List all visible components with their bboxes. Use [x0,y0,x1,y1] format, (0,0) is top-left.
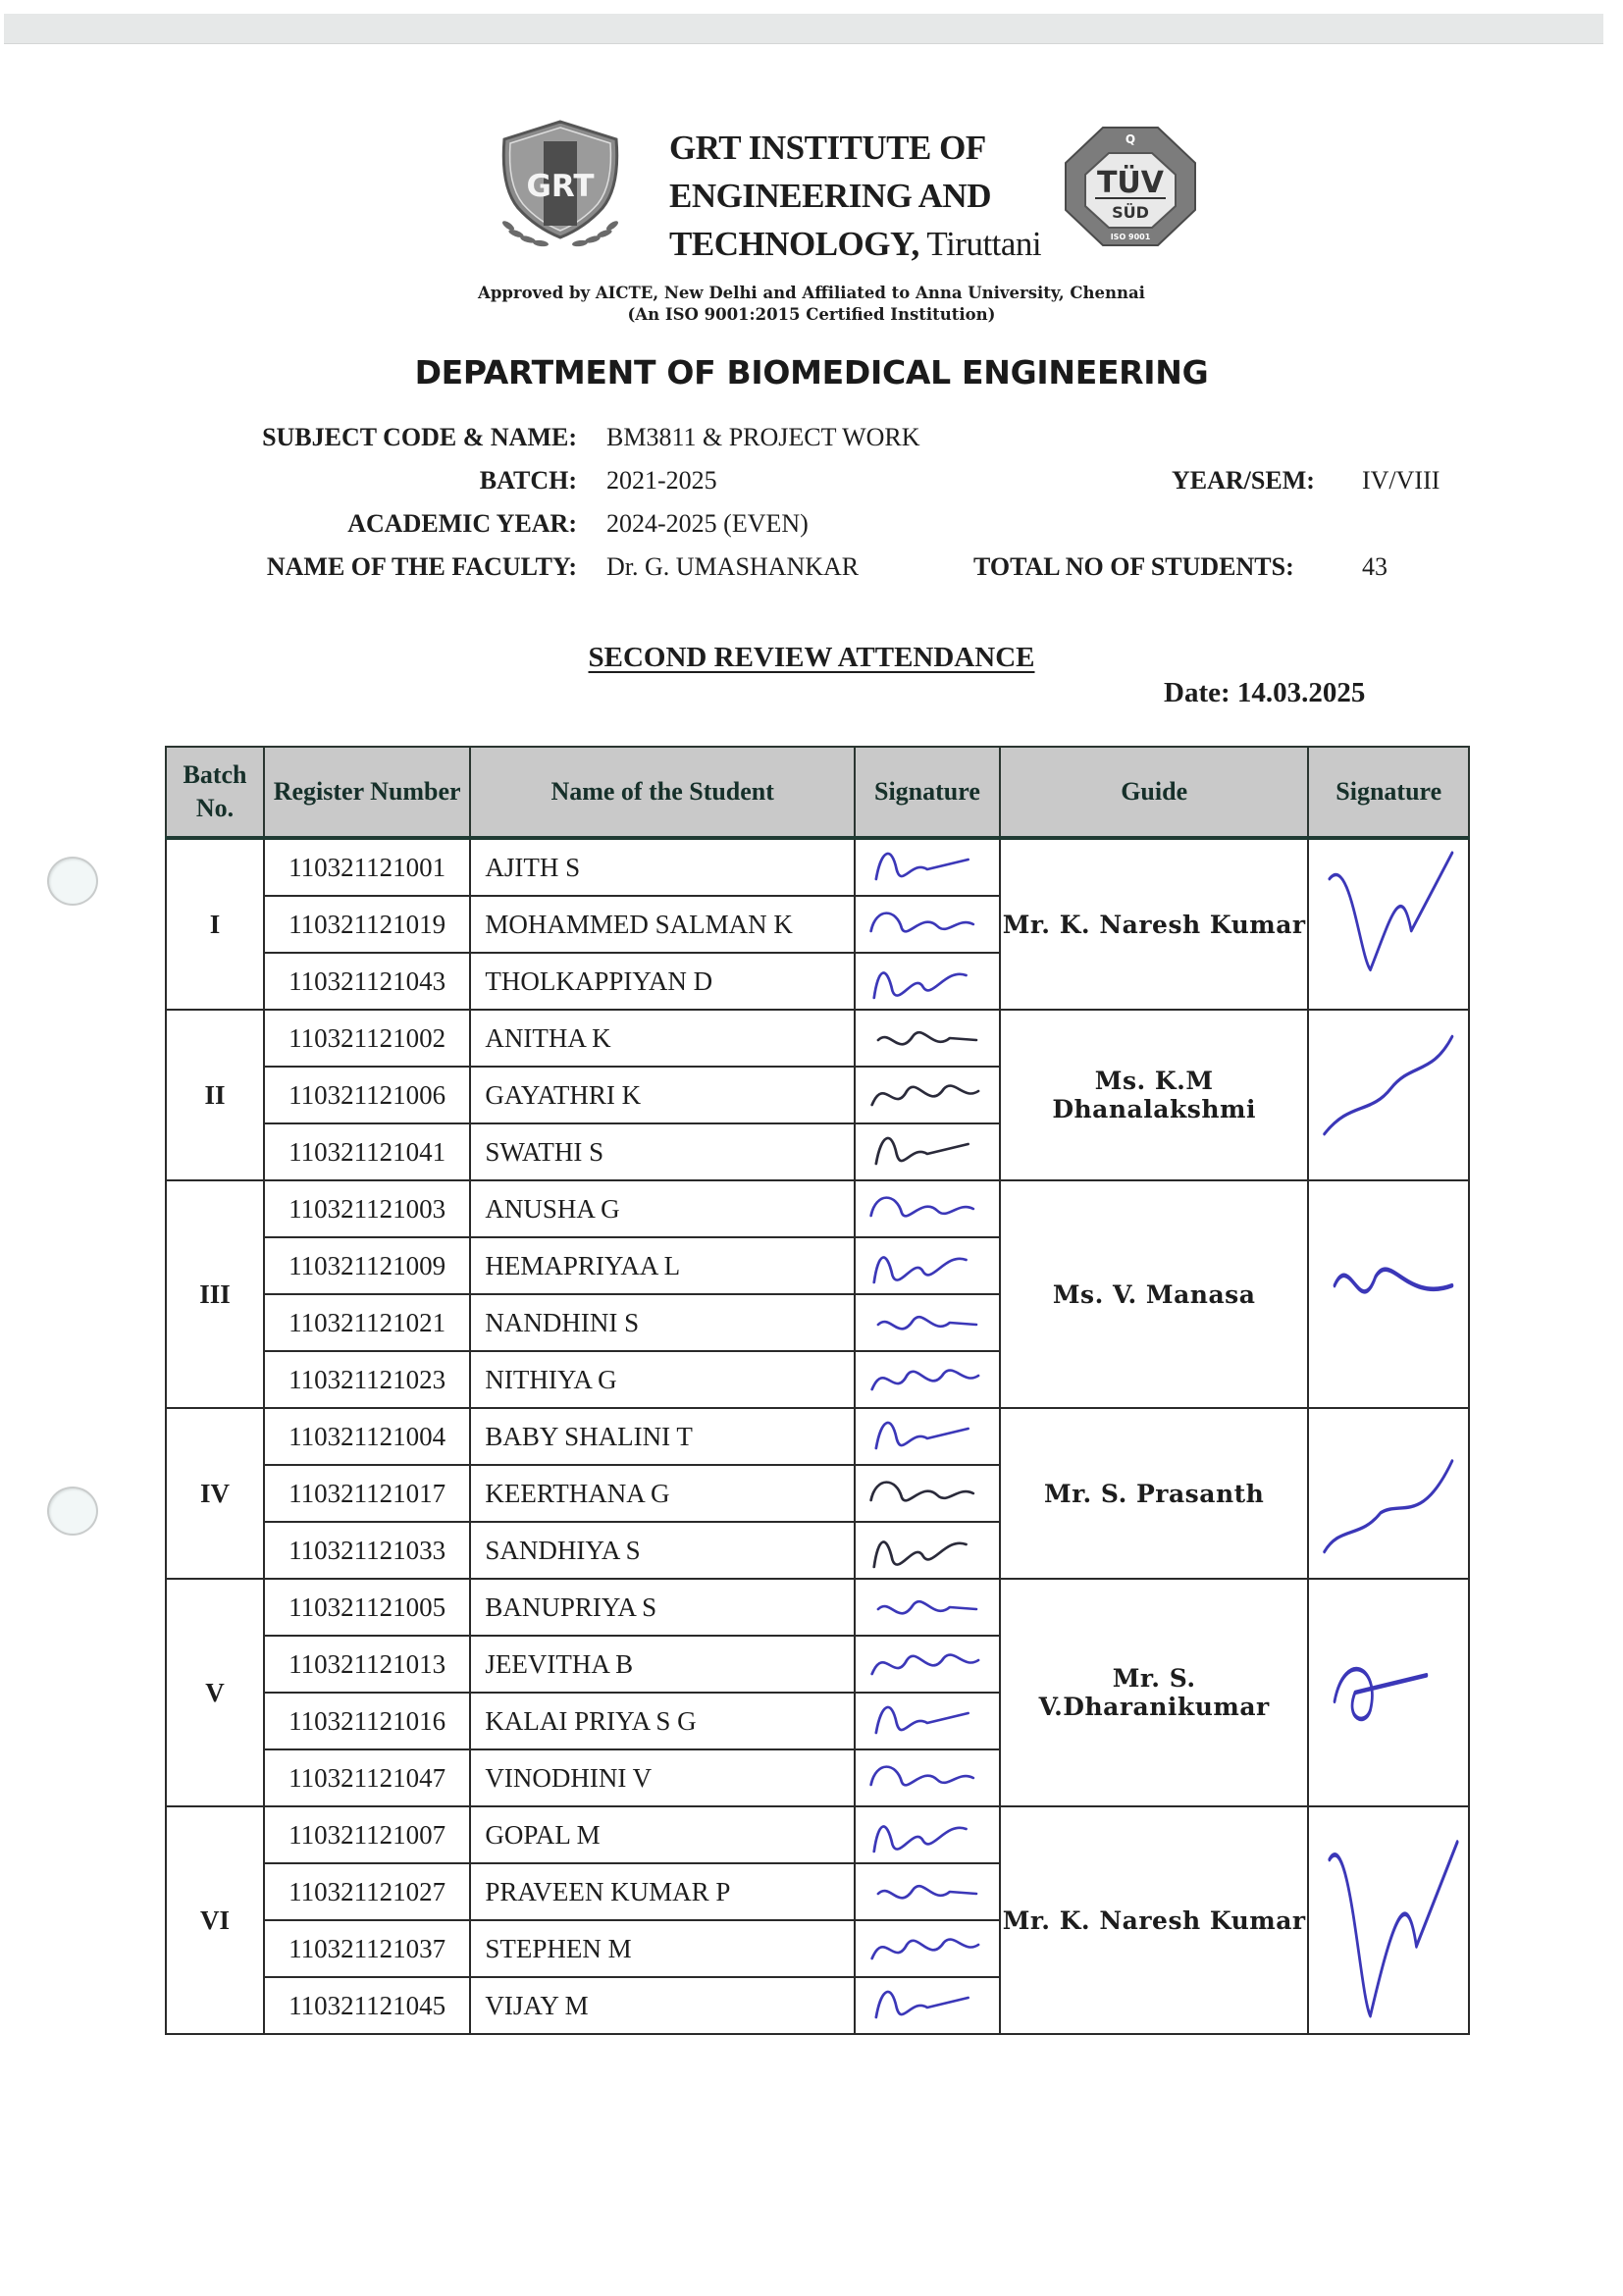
student-name: SWATHI S [470,1123,855,1180]
student-name: HEMAPRIYAA L [470,1237,855,1294]
register-number: 110321121004 [264,1408,470,1465]
register-number: 110321121013 [264,1636,470,1693]
batch-number: II [166,1010,264,1180]
handwritten-signature-icon [856,1580,999,1635]
student-signature [855,1123,1000,1180]
register-number: 110321121019 [264,896,470,953]
header-guide: Guide [1000,747,1309,838]
department-title: DEPARTMENT OF BIOMEDICAL ENGINEERING [0,353,1623,391]
register-number: 110321121027 [264,1863,470,1920]
total-students-value: 43 [1362,552,1387,582]
student-signature [855,1351,1000,1408]
handwritten-signature-icon [856,1409,999,1464]
student-signature [855,1408,1000,1465]
table-row: III110321121003ANUSHA GMs. V. Manasa [166,1180,1469,1237]
guide-signature [1308,838,1469,1010]
handwritten-signature-icon [856,1295,999,1350]
student-name: ANUSHA G [470,1180,855,1237]
student-signature [855,953,1000,1010]
svg-text:GRT: GRT [526,169,594,204]
register-number: 110321121023 [264,1351,470,1408]
handwritten-signature-icon [1309,1807,1468,2033]
header-student-name: Name of the Student [470,747,855,838]
handwritten-signature-icon [856,1068,999,1122]
handwritten-signature-icon [856,1864,999,1919]
guide-name: Mr. K. Naresh Kumar [1000,1806,1309,2034]
institution-name: GRT INSTITUTE OF ENGINEERING AND TECHNOL… [669,124,1041,268]
guide-name: Mr. K. Naresh Kumar [1000,838,1309,1010]
header-register-number: Register Number [264,747,470,838]
guide-signature [1308,1010,1469,1180]
svg-text:SÜD: SÜD [1112,203,1149,222]
student-signature [855,1522,1000,1579]
student-signature [855,838,1000,896]
student-name: STEPHEN M [470,1920,855,1977]
student-name: ANITHA K [470,1010,855,1067]
student-signature [855,1863,1000,1920]
handwritten-signature-icon [1309,1580,1468,1805]
register-number: 110321121017 [264,1465,470,1522]
register-number: 110321121021 [264,1294,470,1351]
student-signature [855,1067,1000,1123]
batch-number: I [166,838,264,1010]
handwritten-signature-icon [856,1807,999,1862]
register-number: 110321121007 [264,1806,470,1863]
table-row: IV110321121004BABY SHALINI TMr. S. Prasa… [166,1408,1469,1465]
handwritten-signature-icon [1309,1409,1468,1578]
student-name: BABY SHALINI T [470,1408,855,1465]
student-signature [855,1806,1000,1863]
subject-value: BM3811 & PROJECT WORK [606,423,920,452]
handwritten-signature-icon [1309,840,1468,1009]
student-signature [855,1010,1000,1067]
student-name: SANDHIYA S [470,1522,855,1579]
register-number: 110321121001 [264,838,470,896]
header-batch-no: Batch No. [166,747,264,838]
student-signature [855,1693,1000,1749]
register-number: 110321121006 [264,1067,470,1123]
register-number: 110321121003 [264,1180,470,1237]
student-name: BANUPRIYA S [470,1579,855,1636]
faculty-value: Dr. G. UMASHANKAR [606,552,859,582]
batch-number: V [166,1579,264,1806]
total-students-label: TOTAL NO OF STUDENTS: [973,552,1294,582]
faculty-label: NAME OF THE FACULTY: [165,552,577,582]
table-row: I110321121001AJITH SMr. K. Naresh Kumar [166,838,1469,896]
handwritten-signature-icon [856,1466,999,1521]
student-signature [855,1579,1000,1636]
review-date: Date: 14.03.2025 [1164,677,1365,709]
student-name: VIJAY M [470,1977,855,2034]
student-signature [855,896,1000,953]
student-signature [855,1237,1000,1294]
handwritten-signature-icon [856,1011,999,1066]
student-name: THOLKAPPIYAN D [470,953,855,1010]
guide-signature [1308,1579,1469,1806]
grt-shield-logo-icon: GRT [487,118,634,255]
handwritten-signature-icon [856,1352,999,1407]
student-name: PRAVEEN KUMAR P [470,1863,855,1920]
student-signature [855,1180,1000,1237]
handwritten-signature-icon [856,1181,999,1236]
batch-number: VI [166,1806,264,2034]
student-name: AJITH S [470,838,855,896]
handwritten-signature-icon [856,1523,999,1578]
batch-number: IV [166,1408,264,1579]
handwritten-signature-icon [856,840,999,895]
attendance-table: Batch No. Register Number Name of the St… [165,746,1470,2035]
scan-edge-strip [4,14,1603,44]
batch-number: III [166,1180,264,1408]
header-guide-signature: Signature [1308,747,1469,838]
punch-hole-icon [47,857,98,906]
guide-name: Ms. V. Manasa [1000,1180,1309,1408]
student-name: JEEVITHA B [470,1636,855,1693]
register-number: 110321121002 [264,1010,470,1067]
student-name: VINODHINI V [470,1749,855,1806]
guide-signature [1308,1180,1469,1408]
student-signature [855,1749,1000,1806]
student-name: KEERTHANA G [470,1465,855,1522]
handwritten-signature-icon [856,954,999,1009]
register-number: 110321121016 [264,1693,470,1749]
student-signature [855,1294,1000,1351]
batch-label: BATCH: [165,466,577,496]
academic-year-label: ACADEMIC YEAR: [165,509,577,539]
register-number: 110321121009 [264,1237,470,1294]
student-name: GAYATHRI K [470,1067,855,1123]
academic-year-value: 2024-2025 (EVEN) [606,509,809,539]
year-sem-label: YEAR/SEM: [1172,466,1315,496]
handwritten-signature-icon [856,1637,999,1692]
table-row: V110321121005BANUPRIYA SMr. S. V.Dharani… [166,1579,1469,1636]
subject-label: SUBJECT CODE & NAME: [165,423,577,452]
batch-value: 2021-2025 [606,466,717,496]
student-name: NITHIYA G [470,1351,855,1408]
table-row: VI110321121007GOPAL MMr. K. Naresh Kumar [166,1806,1469,1863]
handwritten-signature-icon [1309,1181,1468,1407]
student-signature [855,1977,1000,2034]
register-number: 110321121047 [264,1749,470,1806]
document-title: SECOND REVIEW ATTENDANCE [0,642,1623,674]
register-number: 110321121045 [264,1977,470,2034]
table-header-row: Batch No. Register Number Name of the St… [166,747,1469,838]
punch-hole-icon [47,1487,98,1536]
svg-text:Q: Q [1126,132,1135,146]
student-name: NANDHINI S [470,1294,855,1351]
handwritten-signature-icon [1309,1011,1468,1179]
student-name: MOHAMMED SALMAN K [470,896,855,953]
register-number: 110321121043 [264,953,470,1010]
handwritten-signature-icon [856,1694,999,1748]
student-name: GOPAL M [470,1806,855,1863]
register-number: 110321121037 [264,1920,470,1977]
handwritten-signature-icon [856,1238,999,1293]
handwritten-signature-icon [856,1750,999,1805]
handwritten-signature-icon [856,1124,999,1179]
register-number: 110321121041 [264,1123,470,1180]
svg-text:ISO 9001: ISO 9001 [1111,233,1151,241]
handwritten-signature-icon [856,1978,999,2033]
register-number: 110321121033 [264,1522,470,1579]
handwritten-signature-icon [856,897,999,952]
approval-statement: Approved by AICTE, New Delhi and Affilia… [0,283,1623,326]
tuv-certification-logo-icon: Q TÜV SÜD ISO 9001 [1062,124,1199,249]
guide-name: Mr. S. V.Dharanikumar [1000,1579,1309,1806]
student-signature [855,1636,1000,1693]
student-signature [855,1465,1000,1522]
student-signature [855,1920,1000,1977]
guide-name: Ms. K.M Dhanalakshmi [1000,1010,1309,1180]
guide-name: Mr. S. Prasanth [1000,1408,1309,1579]
guide-signature [1308,1806,1469,2034]
guide-signature [1308,1408,1469,1579]
student-name: KALAI PRIYA S G [470,1693,855,1749]
header-student-signature: Signature [855,747,1000,838]
handwritten-signature-icon [856,1921,999,1976]
year-sem-value: IV/VIII [1362,466,1440,496]
svg-text:TÜV: TÜV [1097,164,1165,200]
table-row: II110321121002ANITHA KMs. K.M Dhanalaksh… [166,1010,1469,1067]
register-number: 110321121005 [264,1579,470,1636]
